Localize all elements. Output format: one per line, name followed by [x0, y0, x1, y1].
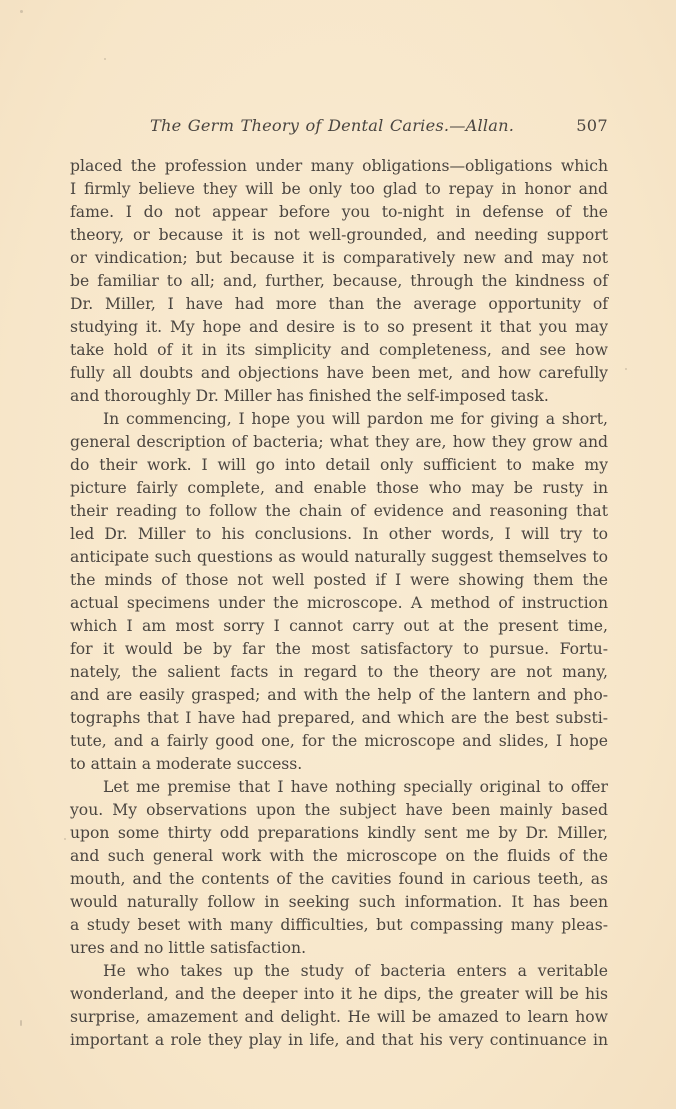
- text-line: mouth, and the contents of the cavities …: [70, 868, 608, 891]
- text-line: led Dr. Miller to his conclusions. In ot…: [70, 523, 608, 546]
- text-line: tographs that I have had prepared, and w…: [70, 707, 608, 730]
- text-line: I firmly believe they will be only too g…: [70, 178, 608, 201]
- text-line: anticipate such questions as would natur…: [70, 546, 608, 569]
- paragraph-4: He who takes up the study of bacteria en…: [70, 960, 608, 1052]
- text-line: be familiar to all; and, further, becaus…: [70, 270, 608, 293]
- text-line: which I am most sorry I cannot carry out…: [70, 615, 608, 638]
- paper-speck: [64, 838, 66, 840]
- text-line: studying it. My hope and desire is to so…: [70, 316, 608, 339]
- text-line: upon some thirty odd preparations kindly…: [70, 822, 608, 845]
- text-line: He who takes up the study of bacteria en…: [70, 960, 608, 983]
- text-line: a study beset with many difficulties, bu…: [70, 914, 608, 937]
- text-line: for it would be by far the most satisfac…: [70, 638, 608, 661]
- text-line: fully all doubts and objections have bee…: [70, 362, 608, 385]
- text-line: and thoroughly Dr. Miller has finished t…: [70, 385, 608, 408]
- text-line: ures and no little satisfaction.: [70, 937, 608, 960]
- text-line: to attain a moderate success.: [70, 753, 608, 776]
- text-line: you. My observations upon the subject ha…: [70, 799, 608, 822]
- text-line: tute, and a fairly good one, for the mic…: [70, 730, 608, 753]
- paragraph-2: In commencing, I hope you will pardon me…: [70, 408, 608, 776]
- text-line: placed the profession under many obligat…: [70, 155, 608, 178]
- paper-speck: [625, 368, 627, 370]
- text-line: or vindication; but because it is compar…: [70, 247, 608, 270]
- text-line: theory, or because it is not well-ground…: [70, 224, 608, 247]
- paragraph-3: Let me premise that I have nothing speci…: [70, 776, 608, 960]
- running-head: The Germ Theory of Dental Caries.—Allan.…: [70, 114, 608, 138]
- text-line: take hold of it in its simplicity and co…: [70, 339, 608, 362]
- text-line: picture fairly complete, and enable thos…: [70, 477, 608, 500]
- text-line: would naturally follow in seeking such i…: [70, 891, 608, 914]
- paragraph-1: placed the profession under many obligat…: [70, 155, 608, 408]
- paper-speck: [104, 58, 106, 60]
- text-line: do their work. I will go into detail onl…: [70, 454, 608, 477]
- text-line: Dr. Miller, I have had more than the ave…: [70, 293, 608, 316]
- book-page: The Germ Theory of Dental Caries.—Allan.…: [0, 0, 676, 1109]
- text-line: their reading to follow the chain of evi…: [70, 500, 608, 523]
- paper-speck: [20, 10, 23, 13]
- text-line: important a role they play in life, and …: [70, 1029, 608, 1052]
- text-line: and such general work with the microscop…: [70, 845, 608, 868]
- body-text: placed the profession under many obligat…: [70, 155, 608, 1052]
- text-line: actual specimens under the microscope. A…: [70, 592, 608, 615]
- text-line: Let me premise that I have nothing speci…: [70, 776, 608, 799]
- text-line: nately, the salient facts in regard to t…: [70, 661, 608, 684]
- text-line: In commencing, I hope you will pardon me…: [70, 408, 608, 431]
- running-title: The Germ Theory of Dental Caries.—Allan.: [150, 114, 514, 138]
- text-line: the minds of those not well posted if I …: [70, 569, 608, 592]
- text-line: fame. I do not appear before you to-nigh…: [70, 201, 608, 224]
- page-number: 507: [576, 114, 608, 138]
- text-line: general description of bacteria; what th…: [70, 431, 608, 454]
- text-line: and are easily grasped; and with the hel…: [70, 684, 608, 707]
- text-line: wonderland, and the deeper into it he di…: [70, 983, 608, 1006]
- text-line: surprise, amazement and delight. He will…: [70, 1006, 608, 1029]
- paper-speck: [20, 1020, 22, 1026]
